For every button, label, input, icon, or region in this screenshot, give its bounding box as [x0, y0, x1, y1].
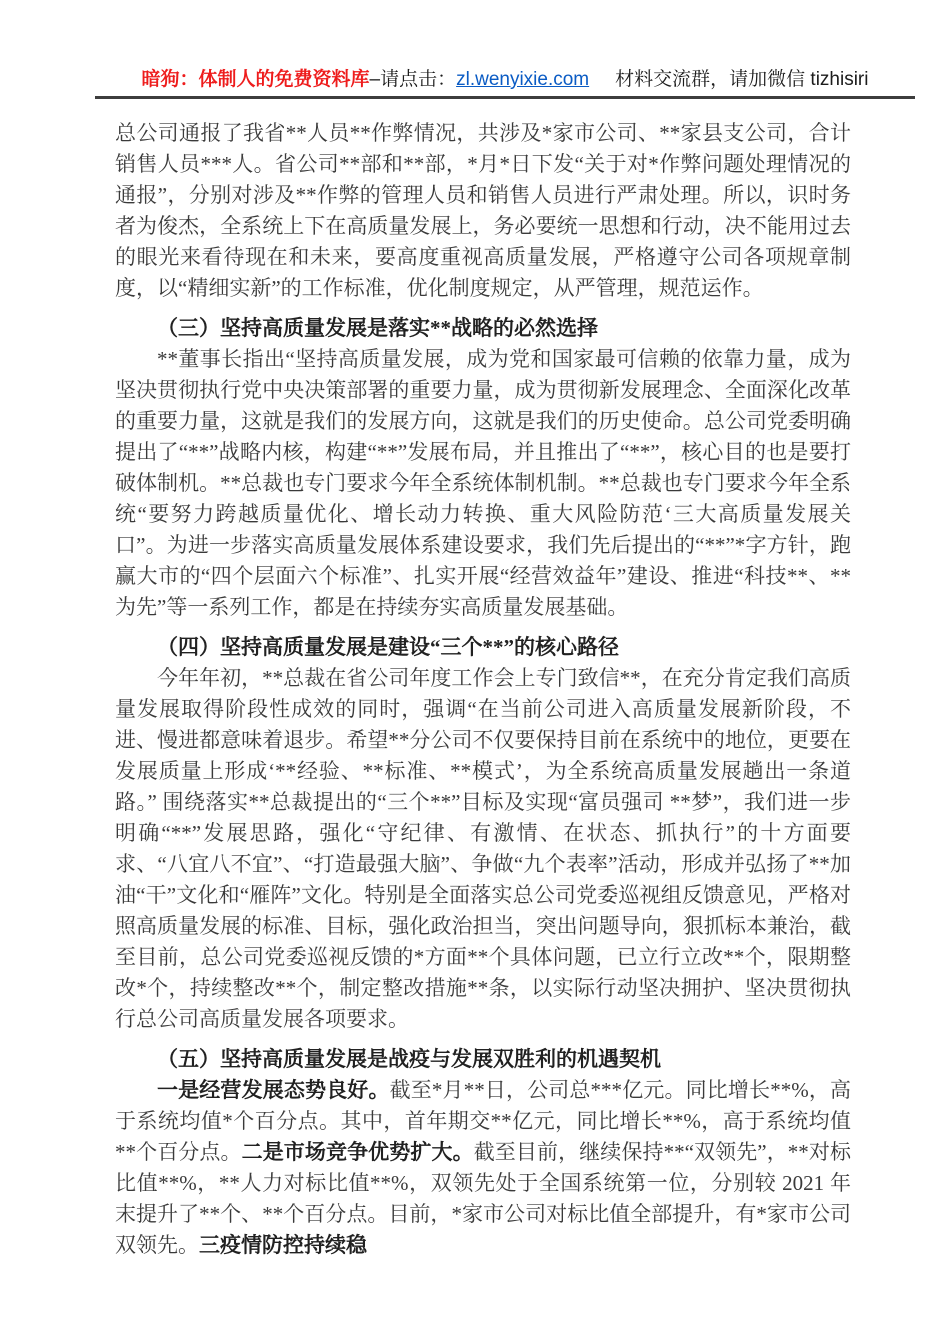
header-link[interactable]: zl.wenyixie.com	[456, 69, 589, 90]
bold-run: 二是市场竞争优势扩大。	[242, 1140, 474, 1164]
paragraph-section-4: 今年年初，**总裁在省公司年度工作会上专门致信**，在充分肯定我们高质量发展取得…	[115, 663, 851, 1035]
document-page: 暗狗：体制人的免费资料库–请点击：zl.wenyixie.com材料交流群，请加…	[0, 0, 950, 1344]
header-group-note: 材料交流群，请加微信 tizhisiri	[615, 69, 868, 90]
section-heading-5: （五）坚持高质量发展是战疫与发展双胜利的机遇契机	[115, 1044, 851, 1075]
document-body: 总公司通报了我省**人员**作弊情况，共涉及*家市公司、**家县支公司，合计销售…	[115, 118, 851, 1261]
page-header: 暗狗：体制人的免费资料库–请点击：zl.wenyixie.com材料交流群，请加…	[95, 66, 915, 94]
section-heading-4: （四）坚持高质量发展是建设“三个**”的核心路径	[115, 632, 851, 663]
bold-run: 三疫情防控持续稳	[199, 1233, 367, 1257]
bold-run: 一是经营发展态势良好。	[157, 1078, 390, 1102]
header-click-prompt: –请点击：	[370, 69, 457, 90]
paragraph-section-5: 一是经营发展态势良好。截至*月**日，公司总***亿元。同比增长**%，高于系统…	[115, 1075, 851, 1261]
paragraph-section-3: **董事长指出“坚持高质量发展，成为党和国家最可信赖的依靠力量，成为坚决贯彻执行…	[115, 344, 851, 623]
header-site-label: 暗狗：体制人的免费资料库	[142, 69, 370, 90]
paragraph-continuation: 总公司通报了我省**人员**作弊情况，共涉及*家市公司、**家县支公司，合计销售…	[115, 118, 851, 304]
header-divider	[95, 96, 915, 99]
section-heading-3: （三）坚持高质量发展是落实**战略的必然选择	[115, 313, 851, 344]
